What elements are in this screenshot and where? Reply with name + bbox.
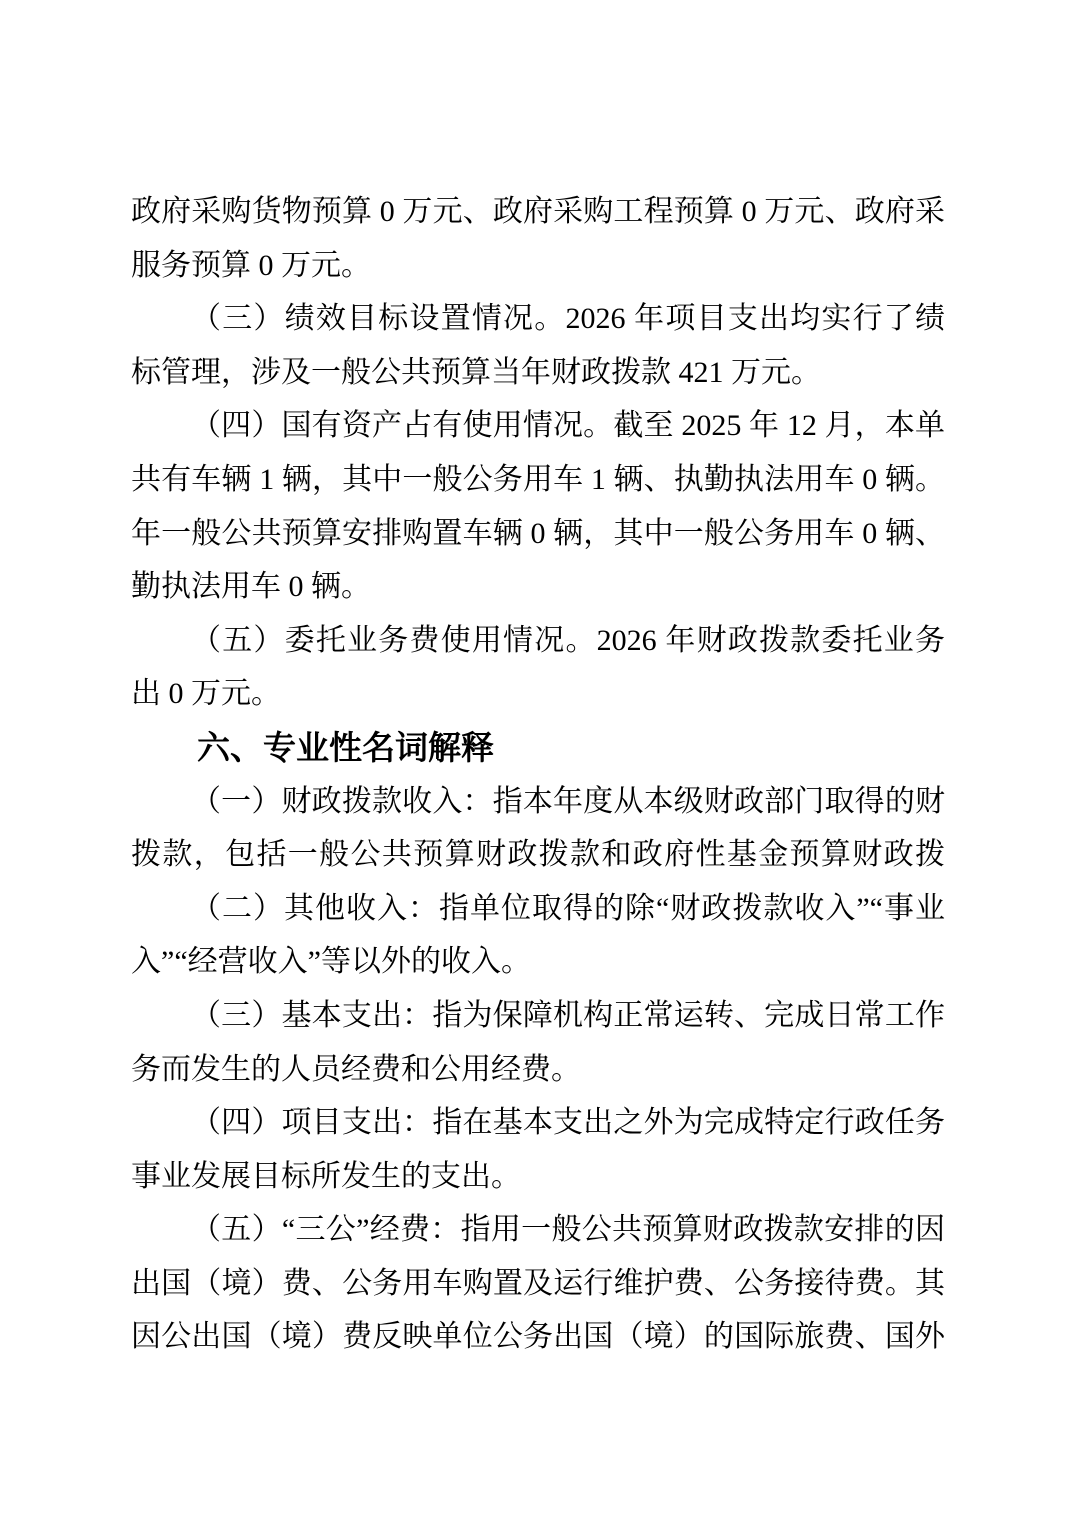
text-line: 事业发展目标所发生的支出。 [131, 1150, 945, 1204]
text-line: （五）委托业务费使用情况。2026 年财政拨款委托业务费支 [131, 614, 945, 668]
text-line: （五）“三公”经费：指用一般公共预算财政拨款安排的因公 [131, 1203, 945, 1257]
text-line: （二）其他收入：指单位取得的除“财政拨款收入”“事业收 [131, 882, 945, 936]
text-line: （一）财政拨款收入：指本年度从本级财政部门取得的财政 [131, 775, 945, 829]
text-line: （三）基本支出：指为保障机构正常运转、完成日常工作任 [131, 989, 945, 1043]
text-line: 年一般公共预算安排购置车辆 0 辆，其中一般公务用车 0 辆、执 [131, 507, 945, 561]
text-line: （四）国有资产占有使用情况。截至 2025 年 12 月，本单位 [131, 399, 945, 453]
section-heading: 六、专业性名词解释 [131, 721, 945, 775]
text-line: （四）项目支出：指在基本支出之外为完成特定行政任务和 [131, 1096, 945, 1150]
text-line: 务而发生的人员经费和公用经费。 [131, 1043, 945, 1097]
document-page: 政府采购货物预算 0 万元、政府采购工程预算 0 万元、政府采购服务预算 0 万… [0, 0, 1074, 1520]
text-line: 拨款，包括一般公共预算财政拨款和政府性基金预算财政拨款。 [131, 828, 945, 882]
text-line: 入”“经营收入”等以外的收入。 [131, 935, 945, 989]
text-line: 服务预算 0 万元。 [131, 239, 945, 293]
text-line: 因公出国（境）费反映单位公务出国（境）的国际旅费、国外城 [131, 1310, 945, 1364]
text-line: 出国（境）费、公务用车购置及运行维护费、公务接待费。其中， [131, 1257, 945, 1311]
document-text-block: 政府采购货物预算 0 万元、政府采购工程预算 0 万元、政府采购服务预算 0 万… [131, 185, 945, 1364]
text-line: 政府采购货物预算 0 万元、政府采购工程预算 0 万元、政府采购 [131, 185, 945, 239]
text-line: 标管理，涉及一般公共预算当年财政拨款 421 万元。 [131, 346, 945, 400]
text-line: （三）绩效目标设置情况。2026 年项目支出均实行了绩效目 [131, 292, 945, 346]
text-line: 勤执法用车 0 辆。 [131, 560, 945, 614]
text-line: 共有车辆 1 辆，其中一般公务用车 1 辆、执勤执法用车 0 辆。2026 [131, 453, 945, 507]
text-line: 出 0 万元。 [131, 667, 945, 721]
